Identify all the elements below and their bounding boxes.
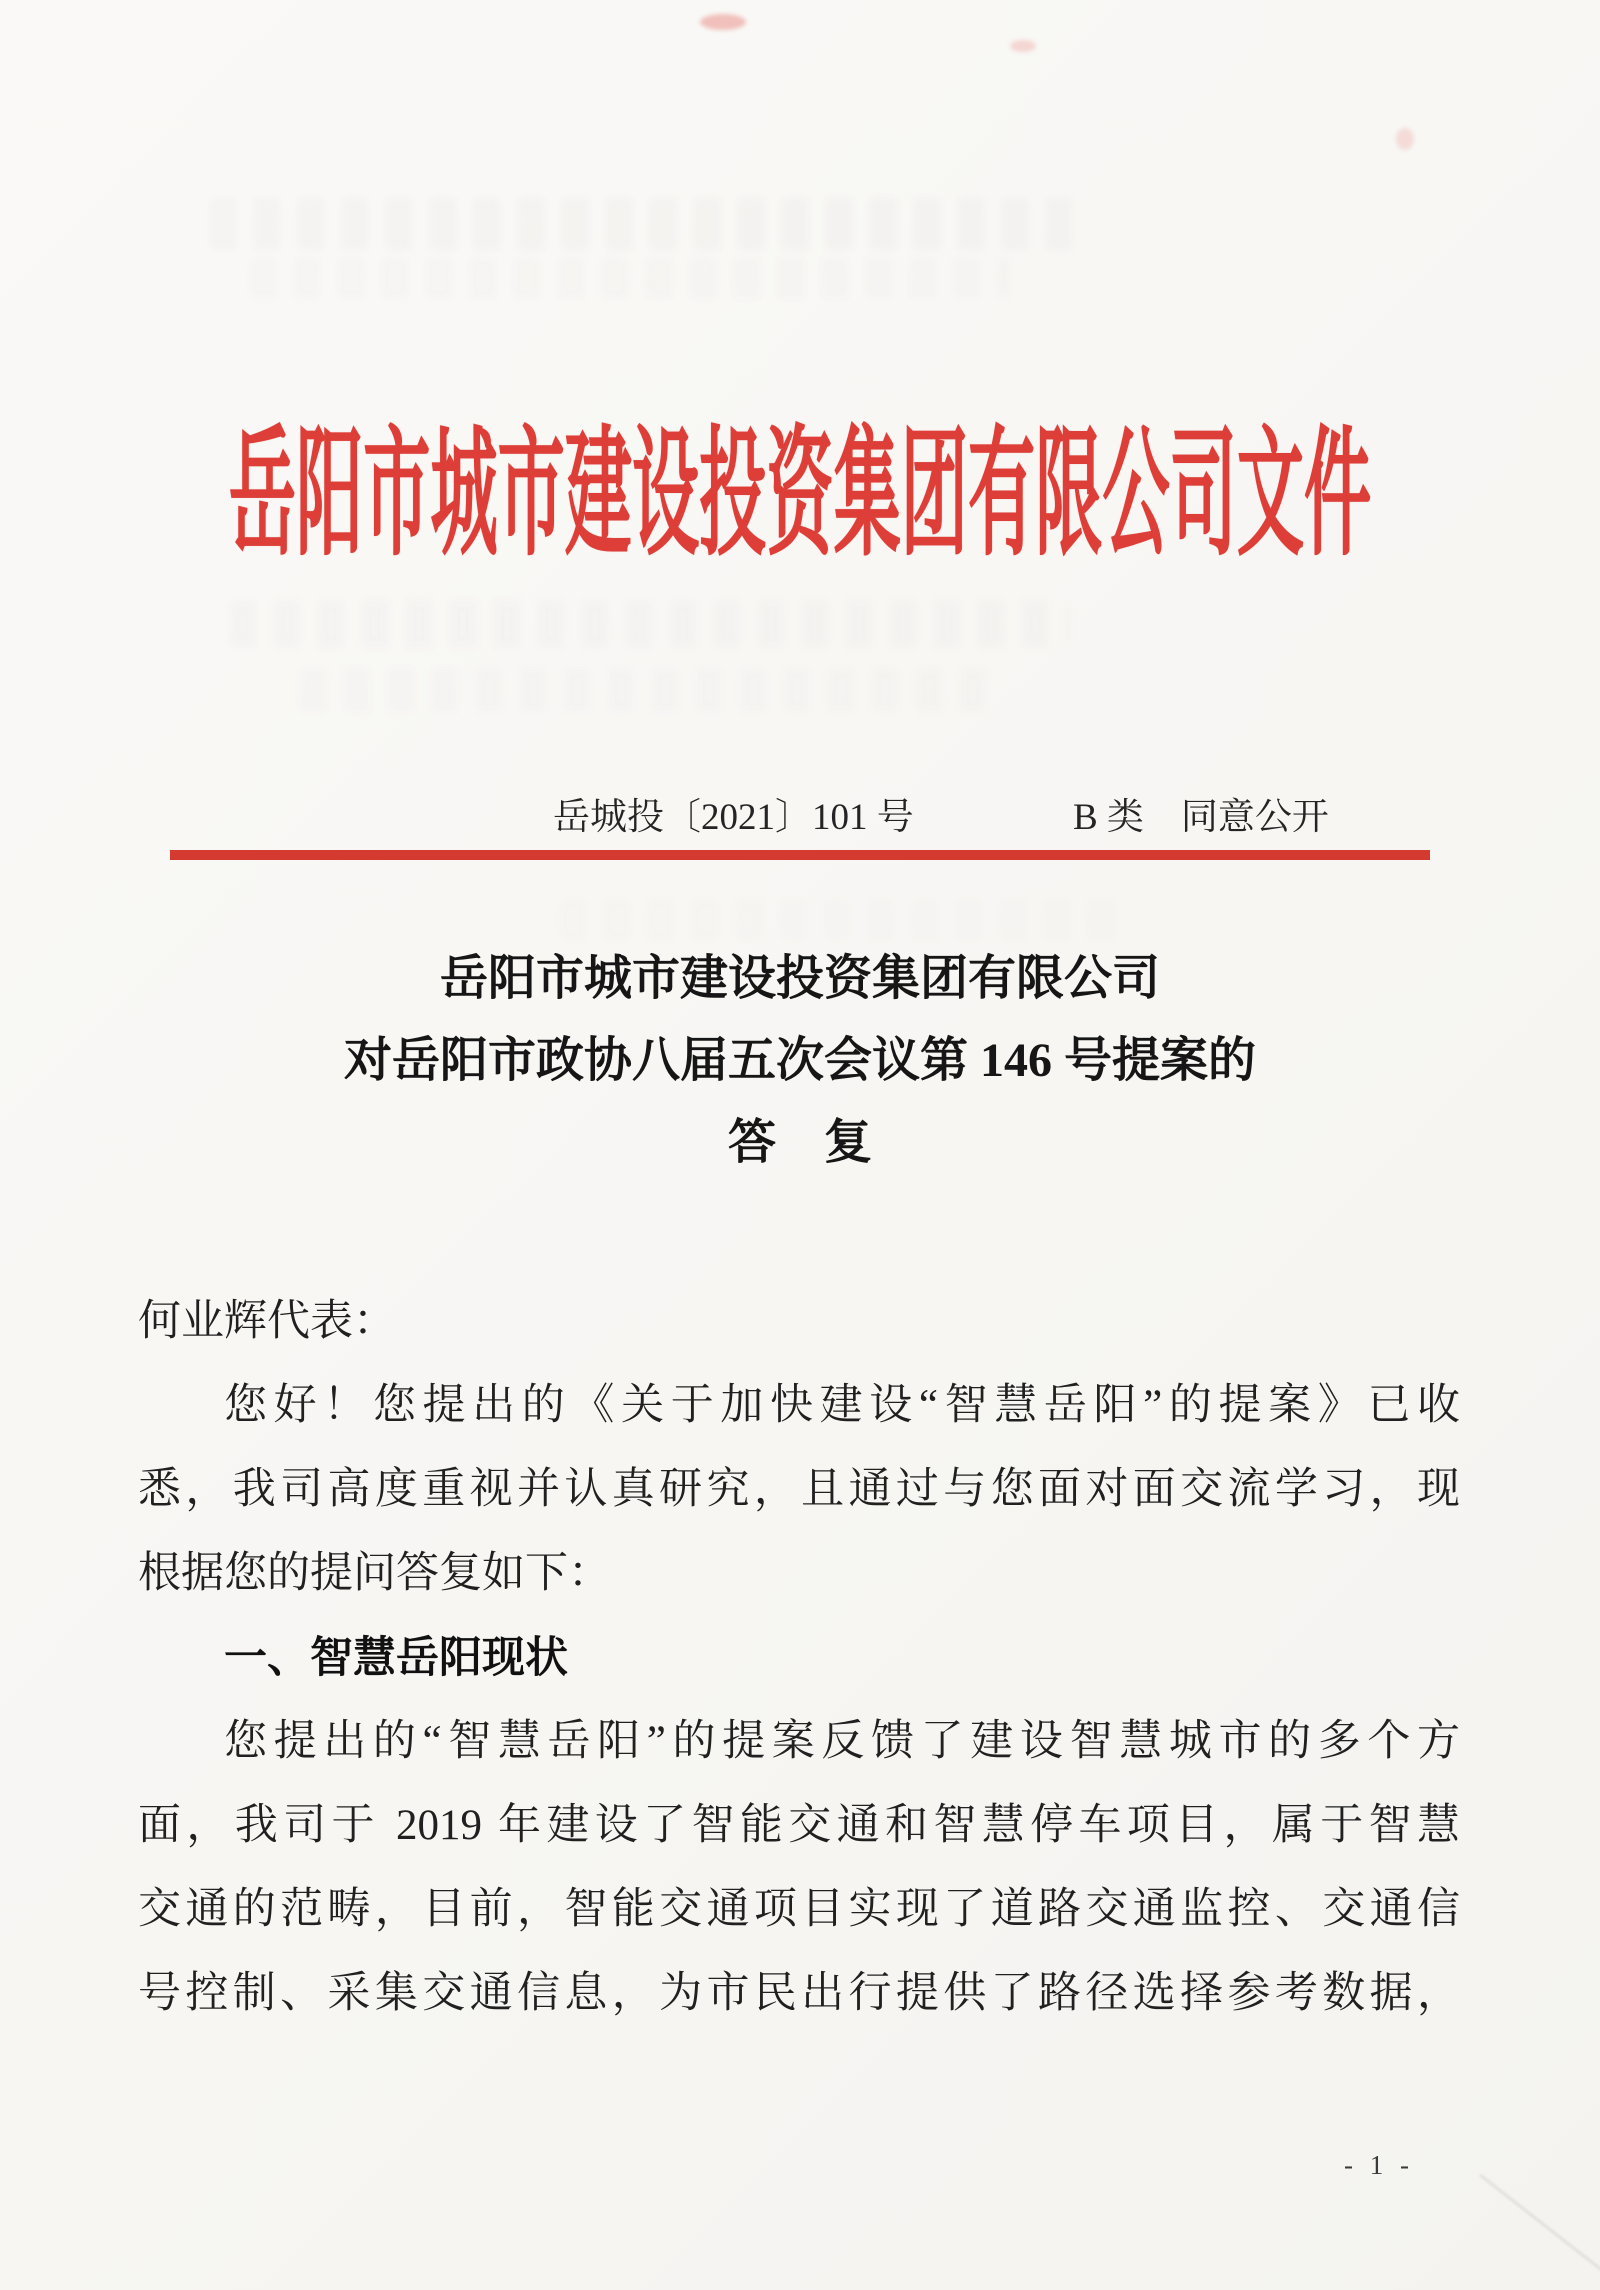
bleedthrough-artifact [210,198,1090,250]
red-divider-rule [170,850,1430,860]
bleedthrough-artifact [560,900,1120,940]
salutation-line: 何业辉代表： [138,1280,1460,1364]
section-heading: 一、智慧岳阳现状 [138,1616,1460,1700]
masthead: 岳阳市城市建设投资集团有限公司文件 [0,418,1600,574]
body-line: 交通的范畴，目前，智能交通项目实现了道路交通监控、交通信 [138,1868,1460,1952]
body-line: 面，我司于 2019 年建设了智能交通和智慧停车项目，属于智慧 [138,1784,1460,1868]
document-page: 岳阳市城市建设投资集团有限公司文件 岳城投〔2021〕101 号 B 类 同意公… [0,0,1600,2290]
scan-artifact [1396,128,1414,150]
title-line-3: 答 复 [0,1102,1600,1184]
masthead-title: 岳阳市城市建设投资集团有限公司文件 [229,421,1371,571]
doc-classification: B 类 同意公开 [1073,792,1329,844]
bleedthrough-artifact [300,668,1000,712]
title-line-1: 岳阳市城市建设投资集团有限公司 [0,938,1600,1020]
page-crease [1479,2174,1600,2290]
body-line: 您提出的“智慧岳阳”的提案反馈了建设智慧城市的多个方 [138,1700,1460,1784]
body-line: 根据您的提问答复如下： [138,1532,1460,1616]
scan-artifact [700,14,746,30]
doc-number: 岳城投〔2021〕101 号 [553,792,914,844]
document-title: 岳阳市城市建设投资集团有限公司 对岳阳市政协八届五次会议第 146 号提案的 答… [0,938,1600,1184]
bleedthrough-artifact [250,258,1010,298]
scan-artifact [1010,40,1036,52]
page-number: - 1 - [1344,2150,1414,2181]
title-line-2: 对岳阳市政协八届五次会议第 146 号提案的 [0,1020,1600,1102]
doc-meta-row: 岳城投〔2021〕101 号 B 类 同意公开 [0,792,1600,844]
bleedthrough-artifact [230,600,1070,648]
body-line: 悉，我司高度重视并认真研究，且通过与您面对面交流学习，现 [138,1448,1460,1532]
document-body: 何业辉代表： 您好！您提出的《关于加快建设“智慧岳阳”的提案》已收 悉，我司高度… [138,1280,1460,2036]
body-line: 号控制、采集交通信息，为市民出行提供了路径选择参考数据， [138,1952,1460,2036]
body-line: 您好！您提出的《关于加快建设“智慧岳阳”的提案》已收 [138,1364,1460,1448]
